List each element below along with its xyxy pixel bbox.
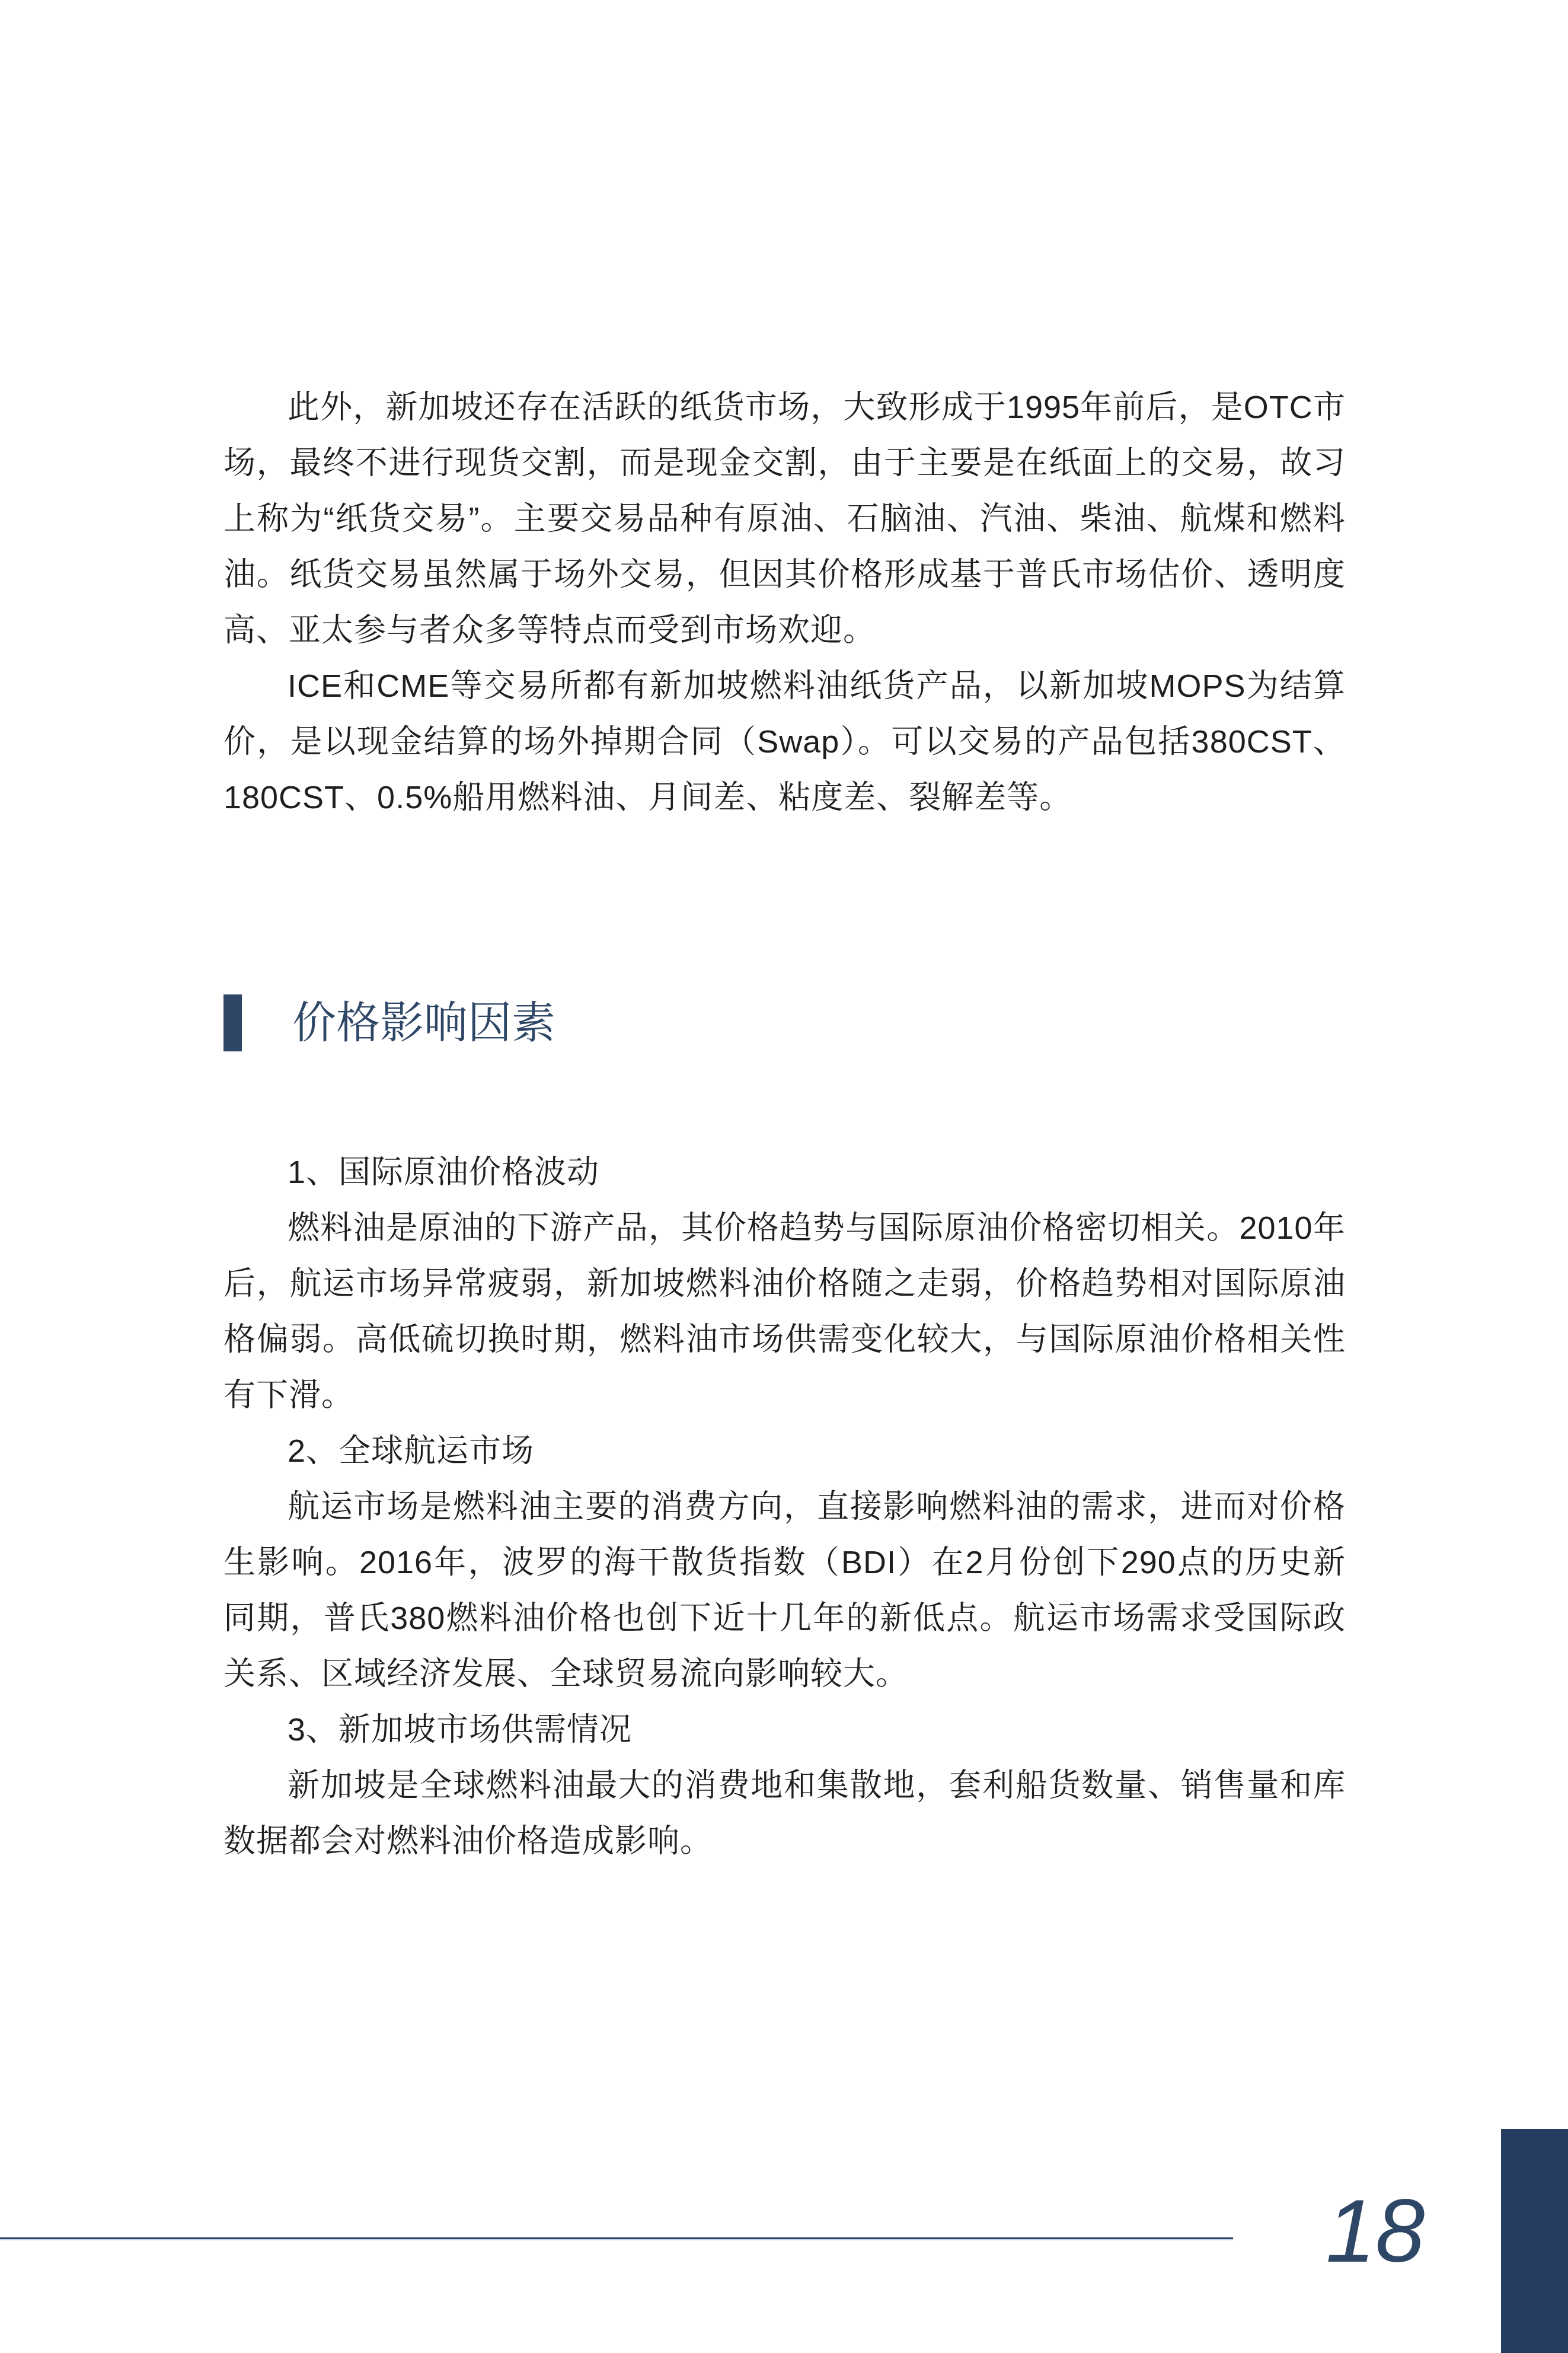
document-page: 此外，新加坡还存在活跃的纸货市场，大致形成于1995年前后，是OTC市场，最终不… (0, 0, 1568, 2353)
page-number: 18 (1283, 2183, 1467, 2278)
text-line: 同期，普氏380燃料油价格也创下近十几年的新低点。航运市场需求受国际政治 (223, 1590, 1346, 1646)
text-line: 油。纸货交易虽然属于场外交易，但因其价格形成基于普氏市场估价、透明度 (223, 547, 1346, 602)
text-line: 有下滑。 (223, 1367, 1346, 1423)
section-heading: 价格影响因素 (223, 994, 555, 1051)
text-line: 数据都会对燃料油价格造成影响。 (223, 1813, 1346, 1869)
section-paragraphs: 1、国际原油价格波动燃料油是原油的下游产品，其价格趋势与国际原油价格密切相关。2… (223, 1144, 1346, 1869)
corner-accent-rect (1501, 2129, 1568, 2353)
text-line: 生影响。2016年，波罗的海干散货指数（BDI）在2月份创下290点的历史新低， (223, 1535, 1346, 1590)
text-line: 场，最终不进行现货交割，而是现金交割，由于主要是在纸面上的交易，故习惯 (223, 435, 1346, 491)
footer-divider (0, 2237, 1233, 2240)
text-line: 高、亚太参与者众多等特点而受到市场欢迎。 (223, 602, 1346, 658)
section-title: 价格影响因素 (292, 994, 555, 1051)
text-line: 航运市场是燃料油主要的消费方向，直接影响燃料油的需求，进而对价格产 (223, 1479, 1346, 1535)
text-line: 2、全球航运市场 (223, 1423, 1346, 1479)
text-line: 180CST、0.5%船用燃料油、月间差、粘度差、裂解差等。 (223, 770, 1346, 825)
text-line: 价，是以现金结算的场外掉期合同（Swap）。可以交易的产品包括380CST、 (223, 714, 1346, 770)
text-line: 3、新加坡市场供需情况 (223, 1702, 1346, 1758)
text-line: 新加坡是全球燃料油最大的消费地和集散地，套利船货数量、销售量和库存 (223, 1758, 1346, 1813)
text-line: ICE和CME等交易所都有新加坡燃料油纸货产品，以新加坡MOPS为结算 (223, 658, 1346, 714)
text-line: 1、国际原油价格波动 (223, 1144, 1346, 1200)
heading-accent-bar-icon (223, 994, 242, 1051)
text-line: 此外，新加坡还存在活跃的纸货市场，大致形成于1995年前后，是OTC市 (223, 380, 1346, 435)
text-line: 燃料油是原油的下游产品，其价格趋势与国际原油价格密切相关。2010年以 (223, 1200, 1346, 1256)
text-line: 后，航运市场异常疲弱，新加坡燃料油价格随之走弱，价格趋势相对国际原油价 (223, 1256, 1346, 1312)
text-line: 关系、区域经济发展、全球贸易流向影响较大。 (223, 1646, 1346, 1702)
intro-paragraphs: 此外，新加坡还存在活跃的纸货市场，大致形成于1995年前后，是OTC市场，最终不… (223, 380, 1346, 825)
text-line: 上称为“纸货交易”。主要交易品种有原油、石脑油、汽油、柴油、航煤和燃料 (223, 491, 1346, 547)
text-line: 格偏弱。高低硫切换时期，燃料油市场供需变化较大，与国际原油价格相关性略 (223, 1312, 1346, 1367)
